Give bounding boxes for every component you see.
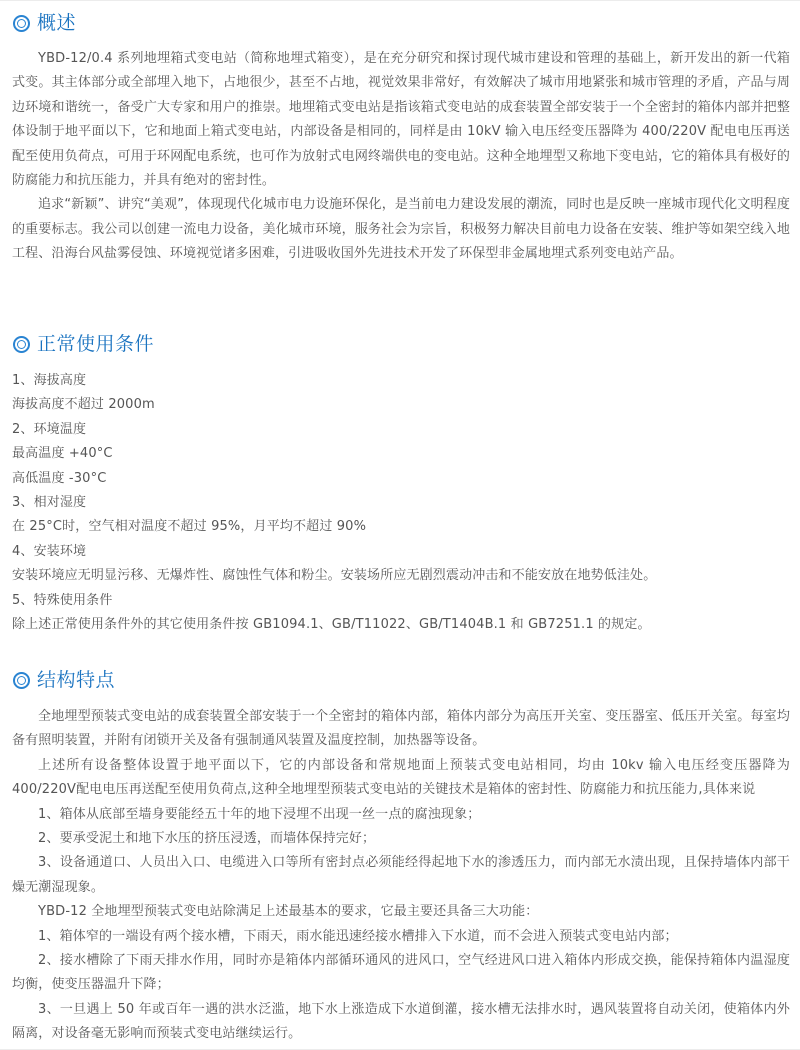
- paragraph: YBD-12/0.4 系列地埋箱式变电站（简称地埋式箱变），是在充分研究和探讨现…: [12, 47, 790, 193]
- list-item: 3、设备通道口、人员出入口、电缆进入口等所有密封点必须能经得起地下水的渗透压力，…: [12, 851, 790, 900]
- list-item: 2、要承受泥土和地下水压的挤压浸透，而墙体保持完好；: [12, 827, 790, 851]
- list-item: 1、箱体从底部至墙身要能经五十年的地下浸埋不出现一丝一点的腐浊现象；: [12, 803, 790, 827]
- condition-heading-special: 5、特殊使用条件: [12, 589, 790, 613]
- section-title-text: 结构特点: [37, 668, 115, 692]
- section-title-operating-conditions: 正常使用条件: [12, 332, 154, 356]
- paragraph: 上述所有设备整体设置于地平面以下，它的内部设备和常规地面上预装式变电站相同，均由…: [12, 754, 790, 803]
- condition-value-min-temp: 高低温度 -30°C: [12, 467, 790, 491]
- condition-value-altitude: 海拔高度不超过 2000m: [12, 393, 790, 417]
- condition-heading-temperature: 2、环境温度: [12, 418, 790, 442]
- section-title-text: 正常使用条件: [37, 332, 154, 356]
- paragraph: YBD-12 全地埋型预装式变电站除满足上述最基本的要求，它最主要还具备三大功能…: [12, 900, 790, 924]
- condition-heading-humidity: 3、相对湿度: [12, 491, 790, 515]
- double-circle-icon: [13, 336, 30, 353]
- list-item: 3、一旦遇上 50 年或百年一遇的洪水泛滥，地下水上涨造成下水道倒灌，接水槽无法…: [12, 998, 790, 1047]
- paragraph: 全地埋型预装式变电站的成套装置全部安装于一个全密封的箱体内部，箱体内部分为高压开…: [12, 705, 790, 754]
- condition-value-max-temp: 最高温度 +40°C: [12, 442, 790, 466]
- section-title-structure-features: 结构特点: [12, 668, 115, 692]
- condition-heading-altitude: 1、海拔高度: [12, 369, 790, 393]
- double-circle-icon: [13, 672, 30, 689]
- condition-heading-environment: 4、安装环境: [12, 540, 790, 564]
- list-item: 2、接水槽除了下雨天排水作用，同时亦是箱体内部循环通风的进风口，空气经进风口进入…: [12, 949, 790, 998]
- condition-value-environment: 安装环境应无明显污移、无爆炸性、腐蚀性气体和粉尘。安装场所应无剧烈震动冲击和不能…: [12, 564, 790, 588]
- section-body-structure-features: 全地埋型预装式变电站的成套装置全部安装于一个全密封的箱体内部，箱体内部分为高压开…: [12, 705, 790, 1047]
- section-body-overview: YBD-12/0.4 系列地埋箱式变电站（简称地埋式箱变），是在充分研究和探讨现…: [12, 47, 790, 267]
- section-title-text: 概述: [37, 11, 76, 35]
- double-circle-icon: [13, 15, 30, 32]
- condition-value-special: 除上述正常使用条件外的其它使用条件按 GB1094.1、GB/T11022、GB…: [12, 613, 790, 637]
- section-body-operating-conditions: 1、海拔高度 海拔高度不超过 2000m 2、环境温度 最高温度 +40°C 高…: [12, 369, 790, 637]
- section-title-overview: 概述: [12, 11, 76, 35]
- condition-value-humidity: 在 25°C时，空气相对温度不超过 95%，月平均不超过 90%: [12, 515, 790, 539]
- list-item: 1、箱体窄的一端设有两个接水槽，下雨天，雨水能迅速经接水槽排入下水道，而不会进入…: [12, 925, 790, 949]
- paragraph: 追求“新颖”、讲究“美观”，体现现代化城市电力设施环保化，是当前电力建设发展的潮…: [12, 193, 790, 266]
